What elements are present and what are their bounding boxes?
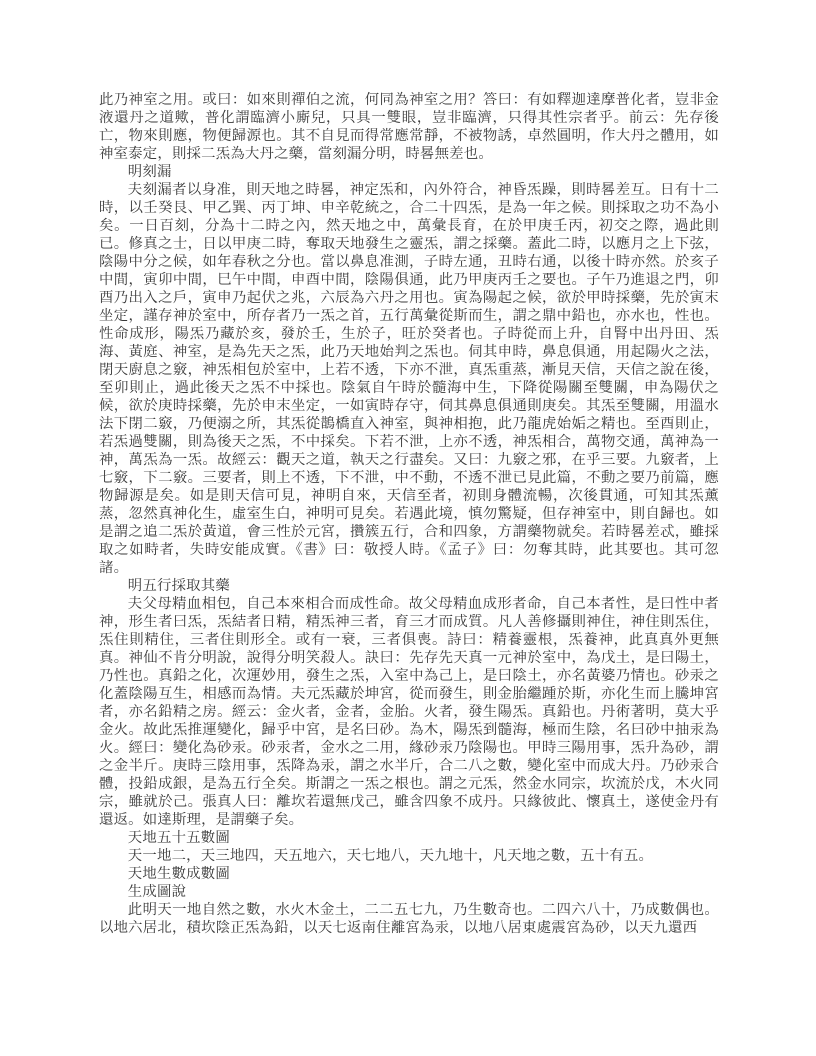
text-block: 此乃神室之用。或曰：如來則禪伯之流，何同為神室之用？答曰：有如釋迦達摩普化者，豈…: [99, 91, 719, 937]
document-page: 此乃神室之用。或曰：如來則禪伯之流，何同為神室之用？答曰：有如釋迦達摩普化者，豈…: [0, 0, 816, 1056]
heading-shengshu-chengshu: 天地生數成數圖: [99, 865, 719, 883]
paragraph-tushuo-body: 此明天一地自然之數，水火木金土，二二五七九，乃生數奇也。二四六八十，乃成數偶也。…: [99, 901, 719, 937]
paragraph-wuxing-body: 夫父母精血相包，自己本來相合而成性命。故父母精血成形者命，自己本者性，是曰性中者…: [99, 595, 719, 829]
heading-tiandi-wushiwu: 天地五十五數圖: [99, 829, 719, 847]
paragraph-kelou-body: 夫刻漏者以身准，則天地之時晷，神定炁和，內外符合，神昏炁躁，則時晷差互。日有十二…: [99, 181, 719, 577]
continuation-paragraph: 此乃神室之用。或曰：如來則禪伯之流，何同為神室之用？答曰：有如釋迦達摩普化者，豈…: [99, 91, 719, 163]
heading-ming-kelou: 明刻漏: [99, 163, 719, 181]
heading-ming-wuxing: 明五行採取其藥: [99, 577, 719, 595]
heading-shengcheng-tushuo: 生成圖說: [99, 883, 719, 901]
paragraph-wushiwu-body: 天一地二，天三地四，天五地六，天七地八，天九地十，凡天地之數，五十有五。: [99, 847, 719, 865]
